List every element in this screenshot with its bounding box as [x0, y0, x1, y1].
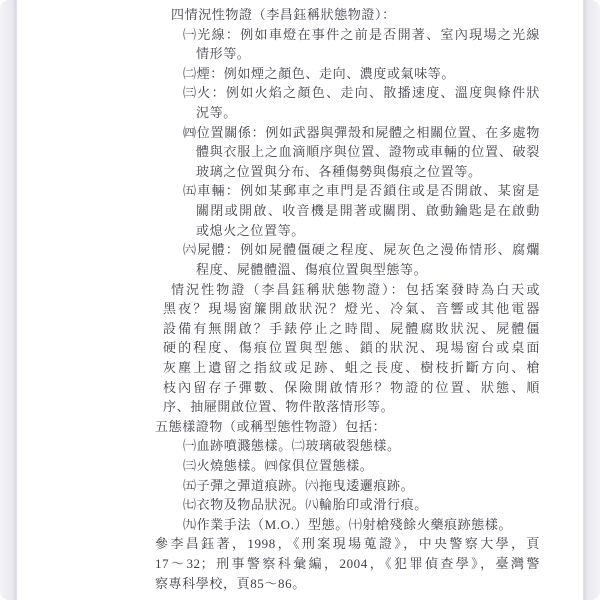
text-line: ㈤子彈之彈道痕跡。㈥拖曳逶邐痕跡。 — [183, 476, 600, 496]
text-line: 枝內留存子彈數、保險開啟情形？物證的位置、狀態、順 — [163, 378, 540, 398]
text-line: ㈣位置關係：例如武器與彈殼和屍體之相關位置、在多處物 — [183, 123, 540, 143]
text-line: ㈢火：例如火焰之顏色、走向、散播速度、溫度與條件狀 — [183, 83, 540, 103]
text-line: 況等。 — [196, 103, 600, 123]
text-line: 參李昌鈺著，1998，《刑案現場蒐證》，中央警察大學，頁 — [155, 534, 540, 554]
text-line: ㈦衣物及物品狀況。㈧輪胎印或滑行痕。 — [183, 495, 600, 515]
page-text-block: 四情況性物證（李昌鈺稱狀態物證）：㈠光線：例如車燈在事件之前是否開著、室內現場之… — [0, 5, 600, 593]
text-line: 灰塵上遺留之指紋或足跡、蛆之長度、樹枝折斷方向、槍 — [163, 358, 540, 378]
text-line: ㈤車輛：例如某郵車之車門是否鎖住或是否開啟、某窗是 — [183, 181, 540, 201]
book-page: 四情況性物證（李昌鈺稱狀態物證）：㈠光線：例如車燈在事件之前是否開著、室內現場之… — [0, 0, 600, 600]
text-line: 五態樣證物（或稱型態性物證）包括： — [155, 417, 600, 437]
text-line: ㈠光線：例如車燈在事件之前是否開著、室內現場之光線 — [183, 25, 540, 45]
text-line: ㈨作業手法（M.O.）型態。㈩射槍殘餘火藥痕跡態樣。 — [183, 515, 600, 535]
text-line: 情形等。 — [196, 44, 600, 64]
text-line: 黑夜？現場窗簾開啟狀況？燈光、冷氣、音響或其他電器 — [163, 299, 540, 319]
text-line: 關閉或開啟、收音機是開著或關閉、啟動鑰匙是在啟動 — [196, 201, 540, 221]
text-line: 或熄火之位置等。 — [196, 221, 600, 241]
text-line: 硬的程度、傷痕位置與型態、鎖的狀況、現場窗台或桌面 — [163, 338, 540, 358]
text-line: 四情況性物證（李昌鈺稱狀態物證）： — [171, 5, 600, 25]
text-line: ㈠血跡噴濺態樣。㈡玻璃破裂態樣。 — [183, 436, 600, 456]
text-line: ㈥屍體：例如屍體僵硬之程度、屍灰色之漫佈情形、腐爛 — [183, 240, 540, 260]
text-line: 情況性物證（李昌鈺稱狀態物證）：包括案發時為白天或 — [171, 280, 540, 300]
text-line: ㈢火燒態樣。㈣傢俱位置態樣。 — [183, 456, 600, 476]
text-line: 體與衣服上之血滴順序與位置、證物或車輛的位置、破裂 — [196, 142, 540, 162]
text-line: 17～32；刑事警察科彙編，2004，《犯罪偵查學》，臺灣警 — [155, 554, 540, 574]
text-line: 設備有無開啟？手錶停止之時間、屍體腐敗狀況、屍體僵 — [163, 319, 540, 339]
text-line: 玻璃之位置與分布、各種傷勢與傷痕之位置等。 — [196, 162, 600, 182]
text-line: ㈡煙：例如煙之顏色、走向、濃度或氣味等。 — [183, 64, 600, 84]
text-line: 序、抽屜開啟位置、物件散落情形等。 — [163, 397, 600, 417]
text-line: 察專科學校，頁85～86。 — [155, 574, 600, 594]
text-line: 程度、屍體體溫、傷痕位置與型態等。 — [196, 260, 600, 280]
